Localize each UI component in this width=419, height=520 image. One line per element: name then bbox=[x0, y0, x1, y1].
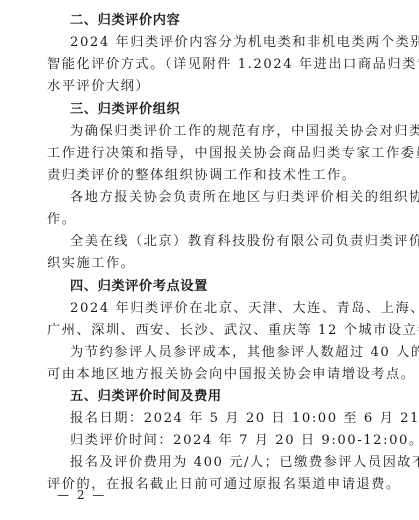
paragraph-line: 水平评价大纲） bbox=[47, 79, 150, 95]
paragraph-line: 报名日期：2024 年 5 月 20 日 10:00 至 6 月 21 日 24… bbox=[70, 411, 419, 427]
paragraph-line: 智能化评价方式。（详见附件 1.2024 年进出口商品归类专业能力 bbox=[47, 57, 419, 73]
paragraph-line: 责归类评价的整体组织协调工作和技术性工作。 bbox=[47, 168, 357, 184]
page-number: — 2 — bbox=[57, 488, 106, 502]
paragraph-line: 工作进行决策和指导，中国报关协会商品归类专家工作委员会负 bbox=[47, 146, 419, 162]
paragraph-line: 作。 bbox=[47, 212, 76, 228]
paragraph-line: 各地方报关协会负责所在地区与归类评价相关的组织协调工 bbox=[70, 190, 419, 206]
paragraph-line: 2024 年归类评价在北京、天津、大连、青岛、上海、南京、 bbox=[70, 301, 419, 317]
paragraph-line: 织实施工作。 bbox=[47, 256, 135, 272]
section-heading-content: 二、归类评价内容 bbox=[70, 13, 180, 29]
paragraph-line: 为确保归类评价工作的规范有序，中国报关协会对归类评价 bbox=[70, 124, 419, 140]
paragraph-line: 2024 年归类评价内容分为机电类和非机电类两个类别，采用 bbox=[70, 35, 419, 51]
paragraph-line: 广州、深圳、西安、长沙、武汉、重庆等 12 个城市设立考点。 bbox=[47, 323, 419, 339]
paragraph-line: 可由本地区地方报关协会向中国报关协会申请增设考点。 bbox=[47, 367, 415, 383]
paragraph-line: 归类评价时间：2024 年 7 月 20 日 9:00-12:00。 bbox=[70, 433, 419, 449]
section-heading-organization: 三、归类评价组织 bbox=[70, 102, 180, 118]
paragraph-line: 全美在线（北京）教育科技股份有限公司负责归类评价的组 bbox=[70, 234, 419, 250]
section-heading-time-fees: 五、归类评价时间及费用 bbox=[70, 389, 222, 405]
paragraph-line: 为节约参评人员参评成本，其他参评人数超过 40 人的地区， bbox=[70, 345, 419, 361]
paragraph-line: 报名及评价费用为 400 元/人；已缴费参评人员因故不能参加 bbox=[70, 455, 419, 471]
section-heading-test-sites: 四、归类评价考点设置 bbox=[70, 279, 208, 295]
